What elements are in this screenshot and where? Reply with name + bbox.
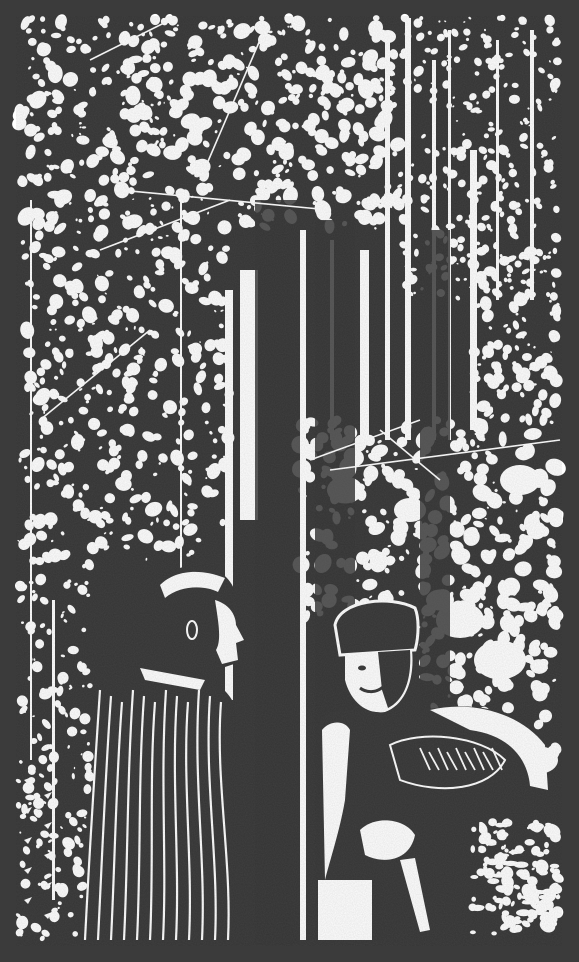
paper-grain xyxy=(16,16,562,946)
forest-illustration xyxy=(0,0,579,962)
woodcut-print: Two men in a birch forest Dense forest o… xyxy=(0,0,579,962)
